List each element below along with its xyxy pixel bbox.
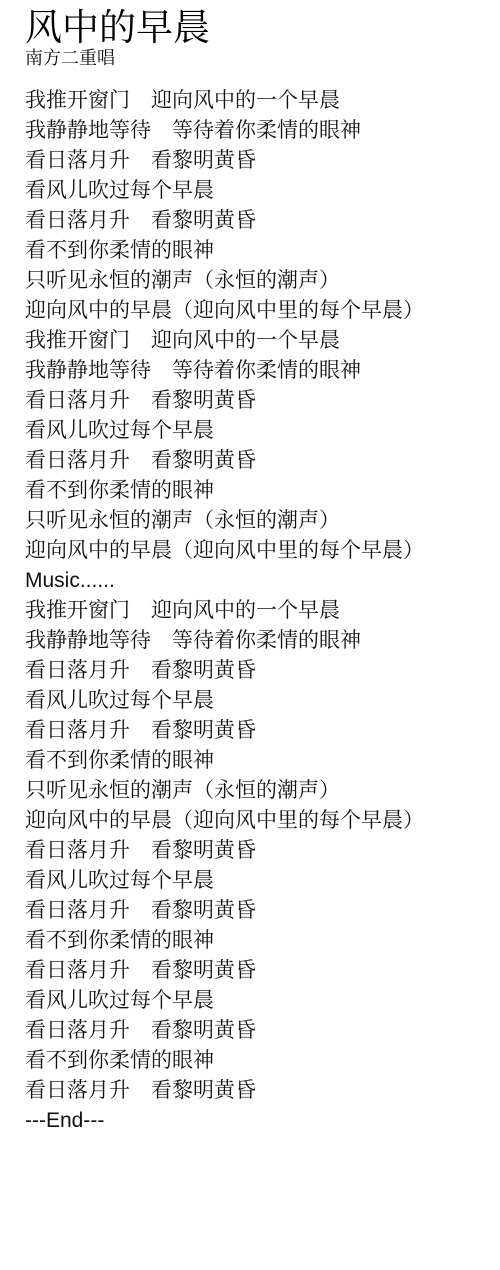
lyric-line: 看日落月升 看黎明黄昏 bbox=[25, 206, 482, 236]
lyric-line: Music...... bbox=[25, 566, 482, 596]
lyric-line: 看风儿吹过每个早晨 bbox=[25, 866, 482, 896]
artist-name: 南方二重唱 bbox=[25, 48, 482, 68]
song-title: 风中的早晨 bbox=[25, 8, 482, 48]
lyric-line: 看风儿吹过每个早晨 bbox=[25, 986, 482, 1016]
lyrics-block: 我推开窗门 迎向风中的一个早晨我静静地等待 等待着你柔情的眼神看日落月升 看黎明… bbox=[25, 86, 482, 1136]
lyrics-page: 风中的早晨 南方二重唱 我推开窗门 迎向风中的一个早晨我静静地等待 等待着你柔情… bbox=[0, 0, 500, 1136]
lyric-line: 看风儿吹过每个早晨 bbox=[25, 416, 482, 446]
lyric-line: 我推开窗门 迎向风中的一个早晨 bbox=[25, 326, 482, 356]
lyric-line: 看不到你柔情的眼神 bbox=[25, 476, 482, 506]
lyric-line: 看日落月升 看黎明黄昏 bbox=[25, 1016, 482, 1046]
lyric-line: 看日落月升 看黎明黄昏 bbox=[25, 716, 482, 746]
lyric-line: 看不到你柔情的眼神 bbox=[25, 1046, 482, 1076]
lyric-line: 看风儿吹过每个早晨 bbox=[25, 176, 482, 206]
lyric-line: 看日落月升 看黎明黄昏 bbox=[25, 656, 482, 686]
lyric-line: 看日落月升 看黎明黄昏 bbox=[25, 896, 482, 926]
lyric-line: 看日落月升 看黎明黄昏 bbox=[25, 956, 482, 986]
lyric-line: 迎向风中的早晨（迎向风中里的每个早晨） bbox=[25, 806, 482, 836]
lyric-line: 看日落月升 看黎明黄昏 bbox=[25, 386, 482, 416]
lyric-line: 我静静地等待 等待着你柔情的眼神 bbox=[25, 116, 482, 146]
lyric-line: 看不到你柔情的眼神 bbox=[25, 746, 482, 776]
lyric-line: 看日落月升 看黎明黄昏 bbox=[25, 146, 482, 176]
lyric-line: 我静静地等待 等待着你柔情的眼神 bbox=[25, 626, 482, 656]
lyric-line: 我推开窗门 迎向风中的一个早晨 bbox=[25, 596, 482, 626]
lyric-line: 迎向风中的早晨（迎向风中里的每个早晨） bbox=[25, 536, 482, 566]
lyric-line: 只听见永恒的潮声（永恒的潮声） bbox=[25, 776, 482, 806]
lyric-line: 看日落月升 看黎明黄昏 bbox=[25, 446, 482, 476]
lyric-line: 看风儿吹过每个早晨 bbox=[25, 686, 482, 716]
lyric-line: 只听见永恒的潮声（永恒的潮声） bbox=[25, 506, 482, 536]
lyric-line: 看日落月升 看黎明黄昏 bbox=[25, 1076, 482, 1106]
lyric-line: 我推开窗门 迎向风中的一个早晨 bbox=[25, 86, 482, 116]
lyric-line: 看不到你柔情的眼神 bbox=[25, 926, 482, 956]
lyric-line: 看日落月升 看黎明黄昏 bbox=[25, 836, 482, 866]
lyric-line: ---End--- bbox=[25, 1106, 482, 1136]
lyric-line: 看不到你柔情的眼神 bbox=[25, 236, 482, 266]
lyric-line: 我静静地等待 等待着你柔情的眼神 bbox=[25, 356, 482, 386]
lyric-line: 只听见永恒的潮声（永恒的潮声） bbox=[25, 266, 482, 296]
lyric-line: 迎向风中的早晨（迎向风中里的每个早晨） bbox=[25, 296, 482, 326]
